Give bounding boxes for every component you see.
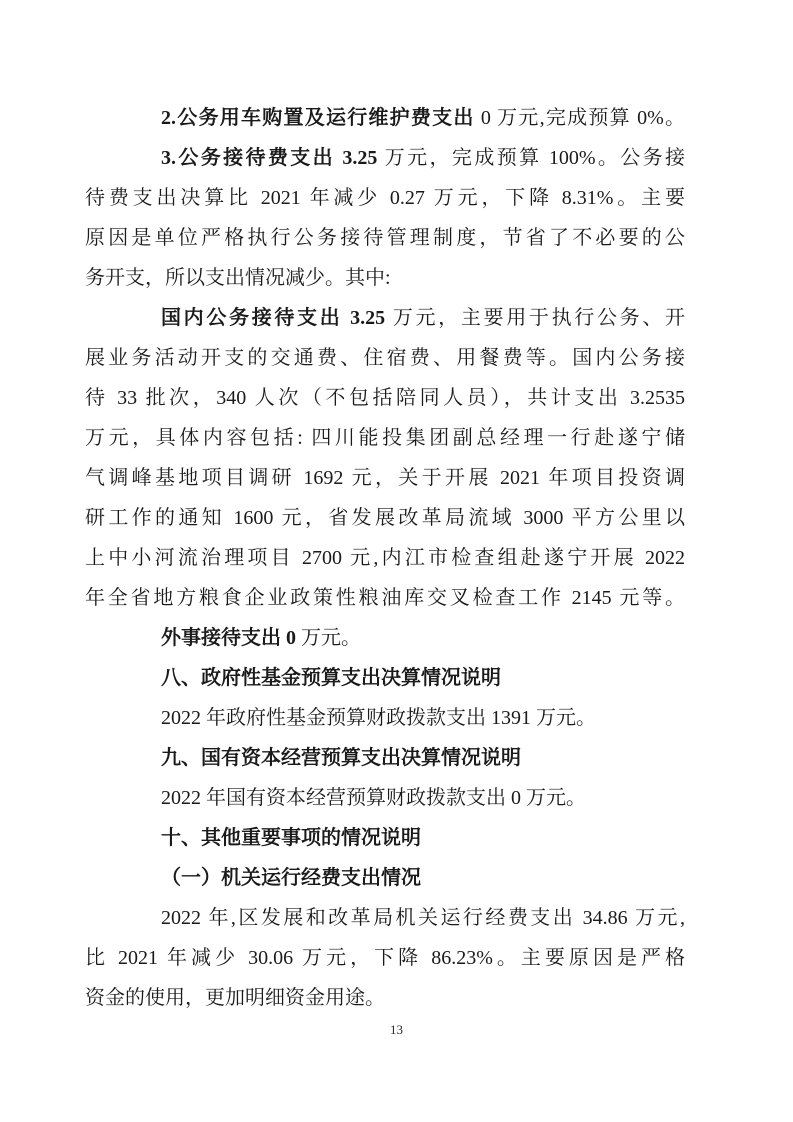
text-line: 2022 年,区发展和改革局机关运行经费支出 34.86 万元, (85, 898, 685, 938)
text-line: 2.公务用车购置及运行维护费支出 0 万元,完成预算 0%。 (85, 98, 685, 138)
text-line: 2022 年国有资本经营预算财政拨款支出 0 万元。 (85, 778, 685, 818)
document-page: 2.公务用车购置及运行维护费支出 0 万元,完成预算 0%。3.公务接待费支出 … (0, 0, 793, 1122)
page-number: 13 (0, 1022, 793, 1038)
section-heading: 十、其他重要事项的情况说明 (85, 818, 685, 858)
section-heading: （一）机关运行经费支出情况 (85, 858, 685, 898)
text-line: 比 2021 年减少 30.06 万元，下降 86.23%。主要原因是严格 (85, 938, 685, 978)
text-line: 资金的使用，更加明细资金用途。 (85, 978, 685, 1018)
emphasized-text-run: 九、国有资本经营预算支出决算情况说明 (161, 747, 521, 769)
text-run: 万元，完成预算 100%。公务接 (377, 147, 685, 169)
text-line: 展业务活动开支的交通费、住宿费、用餐费等。国内公务接 (85, 338, 685, 378)
text-run: 0 万元,完成预算 0%。 (475, 107, 685, 129)
text-line: 上中小河流治理项目 2700 元,内江市检查组赴遂宁开展 2022 (85, 538, 685, 578)
text-line: 外事接待支出 0 万元。 (85, 618, 685, 658)
section-heading: 九、国有资本经营预算支出决算情况说明 (85, 738, 685, 778)
text-run: 万元，具体内容包括: 四川能投集团副总经理一行赴遂宁储 (85, 427, 685, 449)
text-line: 国内公务接待支出 3.25 万元，主要用于执行公务、开 (85, 298, 685, 338)
text-run: 气调峰基地项目调研 1692 元，关于开展 2021 年项目投资调 (85, 467, 685, 489)
text-run: 原因是单位严格执行公务接待管理制度，节省了不必要的公 (85, 227, 685, 249)
text-run: 待 33 批次，340 人次（不包括陪同人员），共计支出 3.2535 (85, 387, 685, 409)
text-run: 上中小河流治理项目 2700 元,内江市检查组赴遂宁开展 2022 (85, 547, 685, 569)
text-run: 2022 年政府性基金预算财政拨款支出 1391 万元。 (161, 707, 596, 729)
text-run: 展业务活动开支的交通费、住宿费、用餐费等。国内公务接 (85, 347, 685, 369)
text-run: 万元，主要用于执行公务、开 (385, 307, 685, 329)
text-run: 万元。 (296, 627, 361, 649)
text-run: 年全省地方粮食企业政策性粮油库交叉检查工作 2145 元等。 (85, 587, 685, 609)
text-run: 资金的使用，更加明细资金用途。 (85, 987, 385, 1009)
text-line: 待费支出决算比 2021 年减少 0.27 万元，下降 8.31%。主要 (85, 178, 685, 218)
text-run: 待费支出决算比 2021 年减少 0.27 万元，下降 8.31%。主要 (85, 187, 685, 209)
text-line: 气调峰基地项目调研 1692 元，关于开展 2021 年项目投资调 (85, 458, 685, 498)
text-line: 2022 年政府性基金预算财政拨款支出 1391 万元。 (85, 698, 685, 738)
text-line: 3.公务接待费支出 3.25 万元，完成预算 100%。公务接 (85, 138, 685, 178)
text-line: 研工作的通知 1600 元，省发展改革局流域 3000 平方公里以 (85, 498, 685, 538)
text-line: 原因是单位严格执行公务接待管理制度，节省了不必要的公 (85, 218, 685, 258)
emphasized-text-run: 八、政府性基金预算支出决算情况说明 (161, 667, 501, 689)
emphasized-text-run: 2.公务用车购置及运行维护费支出 (161, 107, 475, 129)
emphasized-text-run: 十、其他重要事项的情况说明 (161, 827, 421, 849)
text-line: 年全省地方粮食企业政策性粮油库交叉检查工作 2145 元等。 (85, 578, 685, 618)
section-heading: 八、政府性基金预算支出决算情况说明 (85, 658, 685, 698)
emphasized-text-run: 3.公务接待费支出 3.25 (161, 147, 377, 169)
text-run: 2022 年国有资本经营预算财政拨款支出 0 万元。 (161, 787, 586, 809)
text-line: 万元，具体内容包括: 四川能投集团副总经理一行赴遂宁储 (85, 418, 685, 458)
text-run: 2022 年,区发展和改革局机关运行经费支出 34.86 万元, (161, 907, 685, 929)
emphasized-text-run: 外事接待支出 0 (161, 627, 296, 649)
emphasized-text-run: （一）机关运行经费支出情况 (161, 867, 421, 889)
text-run: 比 2021 年减少 30.06 万元，下降 86.23%。主要原因是严格 (85, 947, 685, 969)
text-block: 2.公务用车购置及运行维护费支出 0 万元,完成预算 0%。3.公务接待费支出 … (85, 98, 685, 1018)
text-run: 研工作的通知 1600 元，省发展改革局流域 3000 平方公里以 (85, 507, 685, 529)
text-line: 待 33 批次，340 人次（不包括陪同人员），共计支出 3.2535 (85, 378, 685, 418)
text-run: 务开支，所以支出情况减少。其中: (85, 267, 391, 289)
text-line: 务开支，所以支出情况减少。其中: (85, 258, 685, 298)
emphasized-text-run: 国内公务接待支出 3.25 (161, 307, 385, 329)
